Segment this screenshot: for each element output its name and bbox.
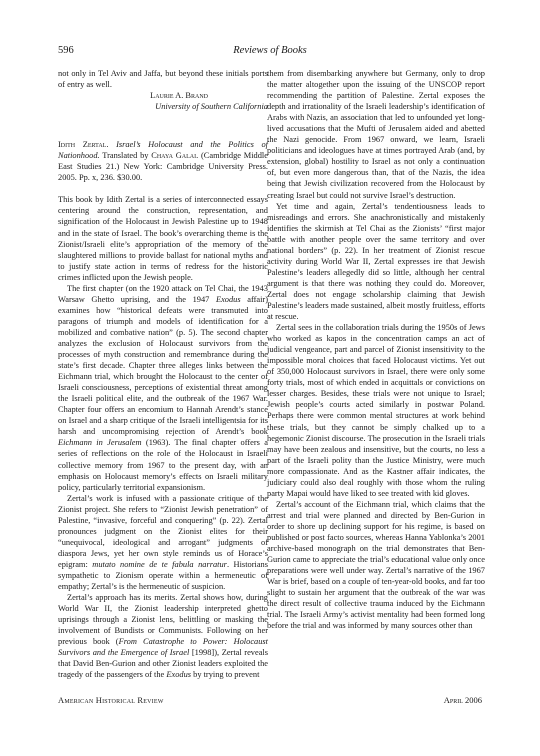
translator: Chaya Galai. bbox=[151, 151, 198, 160]
latin-quote: mutato nomine de te fabula narratur bbox=[92, 560, 227, 569]
book-title-ref: Eichmann in Jerusalem bbox=[58, 438, 142, 447]
book-citation: Idith Zertal. Israel’s Holocaust and the… bbox=[58, 139, 268, 183]
body-paragraph: Zertal sees in the collaboration trials … bbox=[267, 322, 485, 499]
issue-date: April 2006 bbox=[444, 695, 482, 705]
left-column: not only in Tel Aviv and Jaffa, but beyo… bbox=[58, 68, 268, 680]
body-paragraph: Zertal’s approach has its merits. Zertal… bbox=[58, 592, 268, 680]
body-paragraph: The first chapter (on the 1920 attack on… bbox=[58, 283, 268, 493]
ship-name: Exodus bbox=[216, 295, 241, 304]
running-head: Reviews of Books bbox=[0, 45, 540, 56]
journal-name: American Historical Review bbox=[58, 695, 164, 705]
ship-name: Exodus bbox=[166, 670, 191, 679]
reviewer-name: Laurie A. Brand bbox=[58, 90, 268, 101]
body-paragraph: Zertal’s account of the Eichmann trial, … bbox=[267, 499, 485, 632]
text-run: affair) examines how “historical defeats… bbox=[58, 295, 268, 437]
carryover-paragraph: not only in Tel Aviv and Jaffa, but beyo… bbox=[58, 68, 268, 90]
body-paragraph: This book by Idith Zertal is a series of… bbox=[58, 194, 268, 282]
body-paragraph: them from disembarking anywhere but Germ… bbox=[267, 68, 485, 201]
text-run: by trying to prevent bbox=[191, 670, 259, 679]
book-author: Idith Zertal. bbox=[58, 140, 108, 149]
body-paragraph: Zertal’s work is infused with a passiona… bbox=[58, 493, 268, 592]
reviewer-signature: Laurie A. Brand University of Southern C… bbox=[58, 90, 268, 112]
text-run: Zertal’s work is infused with a passiona… bbox=[58, 494, 268, 569]
body-paragraph: Yet time and again, Zertal’s tendentious… bbox=[267, 201, 485, 323]
reviewer-affiliation: University of Southern California bbox=[58, 101, 268, 112]
right-column: them from disembarking anywhere but Germ… bbox=[267, 68, 485, 631]
translated-by-label: Translated by bbox=[102, 151, 148, 160]
